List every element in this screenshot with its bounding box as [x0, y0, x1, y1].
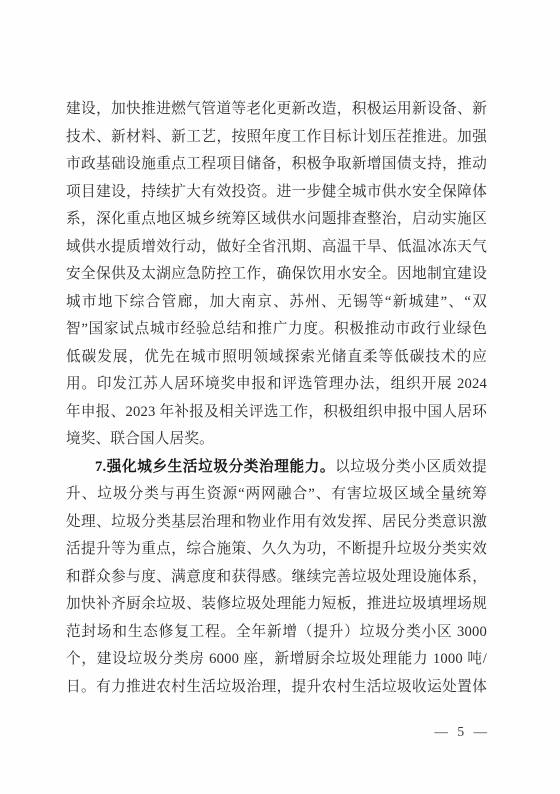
document-page: 建设，加快推进燃气管道等老化更新改造，积极运用新设备、新技术、新材料、新工艺，按… — [0, 0, 560, 794]
text-line: 个，建设垃圾分类房 6000 座，新增厨余垃圾处理能力 1000 吨/ — [66, 646, 487, 674]
text-line: 升、垃圾分类与再生资源“两网融合”、有害垃圾区域全量统筹 — [66, 481, 487, 509]
text-line: 城市地下综合管廊，加大南京、苏州、无锡等“新城建”、“双 — [66, 289, 487, 317]
text-line: 低碳发展，优先在城市照明领域探索光储直柔等低碳技术的应 — [66, 344, 487, 372]
text-line: 7.强化城乡生活垃圾分类治理能力。以垃圾分类小区质效提 — [66, 454, 487, 482]
text-line: 用。印发江苏人居环境奖申报和评选管理办法，组织开展 2024 — [66, 371, 487, 399]
text-line: 加快补齐厨余垃圾、装修垃圾处理能力短板，推进垃圾填埋场规 — [66, 591, 487, 619]
text-line: 建设，加快推进燃气管道等老化更新改造，积极运用新设备、新 — [66, 96, 487, 124]
paragraph-continuation: 建设，加快推进燃气管道等老化更新改造，积极运用新设备、新技术、新材料、新工艺，按… — [66, 96, 487, 454]
text-line: 项目建设，持续扩大有效投资。进一步健全城市供水安全保障体 — [66, 179, 487, 207]
text-line: 市政基础设施重点工程项目储备，积极争取新增国债支持，推动 — [66, 151, 487, 179]
page-number: — 5 — — [435, 723, 491, 741]
text-line: 安全保供及太湖应急防控工作，确保饮用水安全。因地制宜建设 — [66, 261, 487, 289]
text-line: 活提升等为重点，综合施策、久久为功，不断提升垃圾分类实效 — [66, 536, 487, 564]
text-line: 范封场和生态修复工程。全年新增（提升）垃圾分类小区 3000 — [66, 619, 487, 647]
item-7-heading: 7.强化城乡生活垃圾分类治理能力。 — [95, 459, 335, 475]
text-line: 系，深化重点地区城乡统筹区域供水问题排查整治，启动实施区 — [66, 206, 487, 234]
item-7-first-line-text: 以垃圾分类小区质效提 — [335, 459, 487, 475]
text-line: 技术、新材料、新工艺，按照年度工作目标计划压茬推进。加强 — [66, 124, 487, 152]
paragraph-item-7-lines: 升、垃圾分类与再生资源“两网融合”、有害垃圾区域全量统筹处理、垃圾分类基层治理和… — [66, 481, 487, 701]
text-line: 年申报、2023 年补报及相关评选工作，积极组织申报中国人居环 — [66, 399, 487, 427]
text-line: 处理、垃圾分类基层治理和物业作用有效发挥、居民分类意识激 — [66, 509, 487, 537]
document-body: 建设，加快推进燃气管道等老化更新改造，积极运用新设备、新技术、新材料、新工艺，按… — [66, 96, 487, 701]
text-line: 日。有力推进农村生活垃圾治理，提升农村生活垃圾收运处置体 — [66, 674, 487, 702]
paragraph-item-7: 7.强化城乡生活垃圾分类治理能力。以垃圾分类小区质效提 升、垃圾分类与再生资源“… — [66, 454, 487, 702]
text-line: 和群众参与度、满意度和获得感。继续完善垃圾处理设施体系， — [66, 564, 487, 592]
text-line: 境奖、联合国人居奖。 — [66, 426, 487, 454]
text-line: 域供水提质增效行动，做好全省汛期、高温干旱、低温冰冻天气 — [66, 234, 487, 262]
text-line: 智”国家试点城市经验总结和推广力度。积极推动市政行业绿色 — [66, 316, 487, 344]
